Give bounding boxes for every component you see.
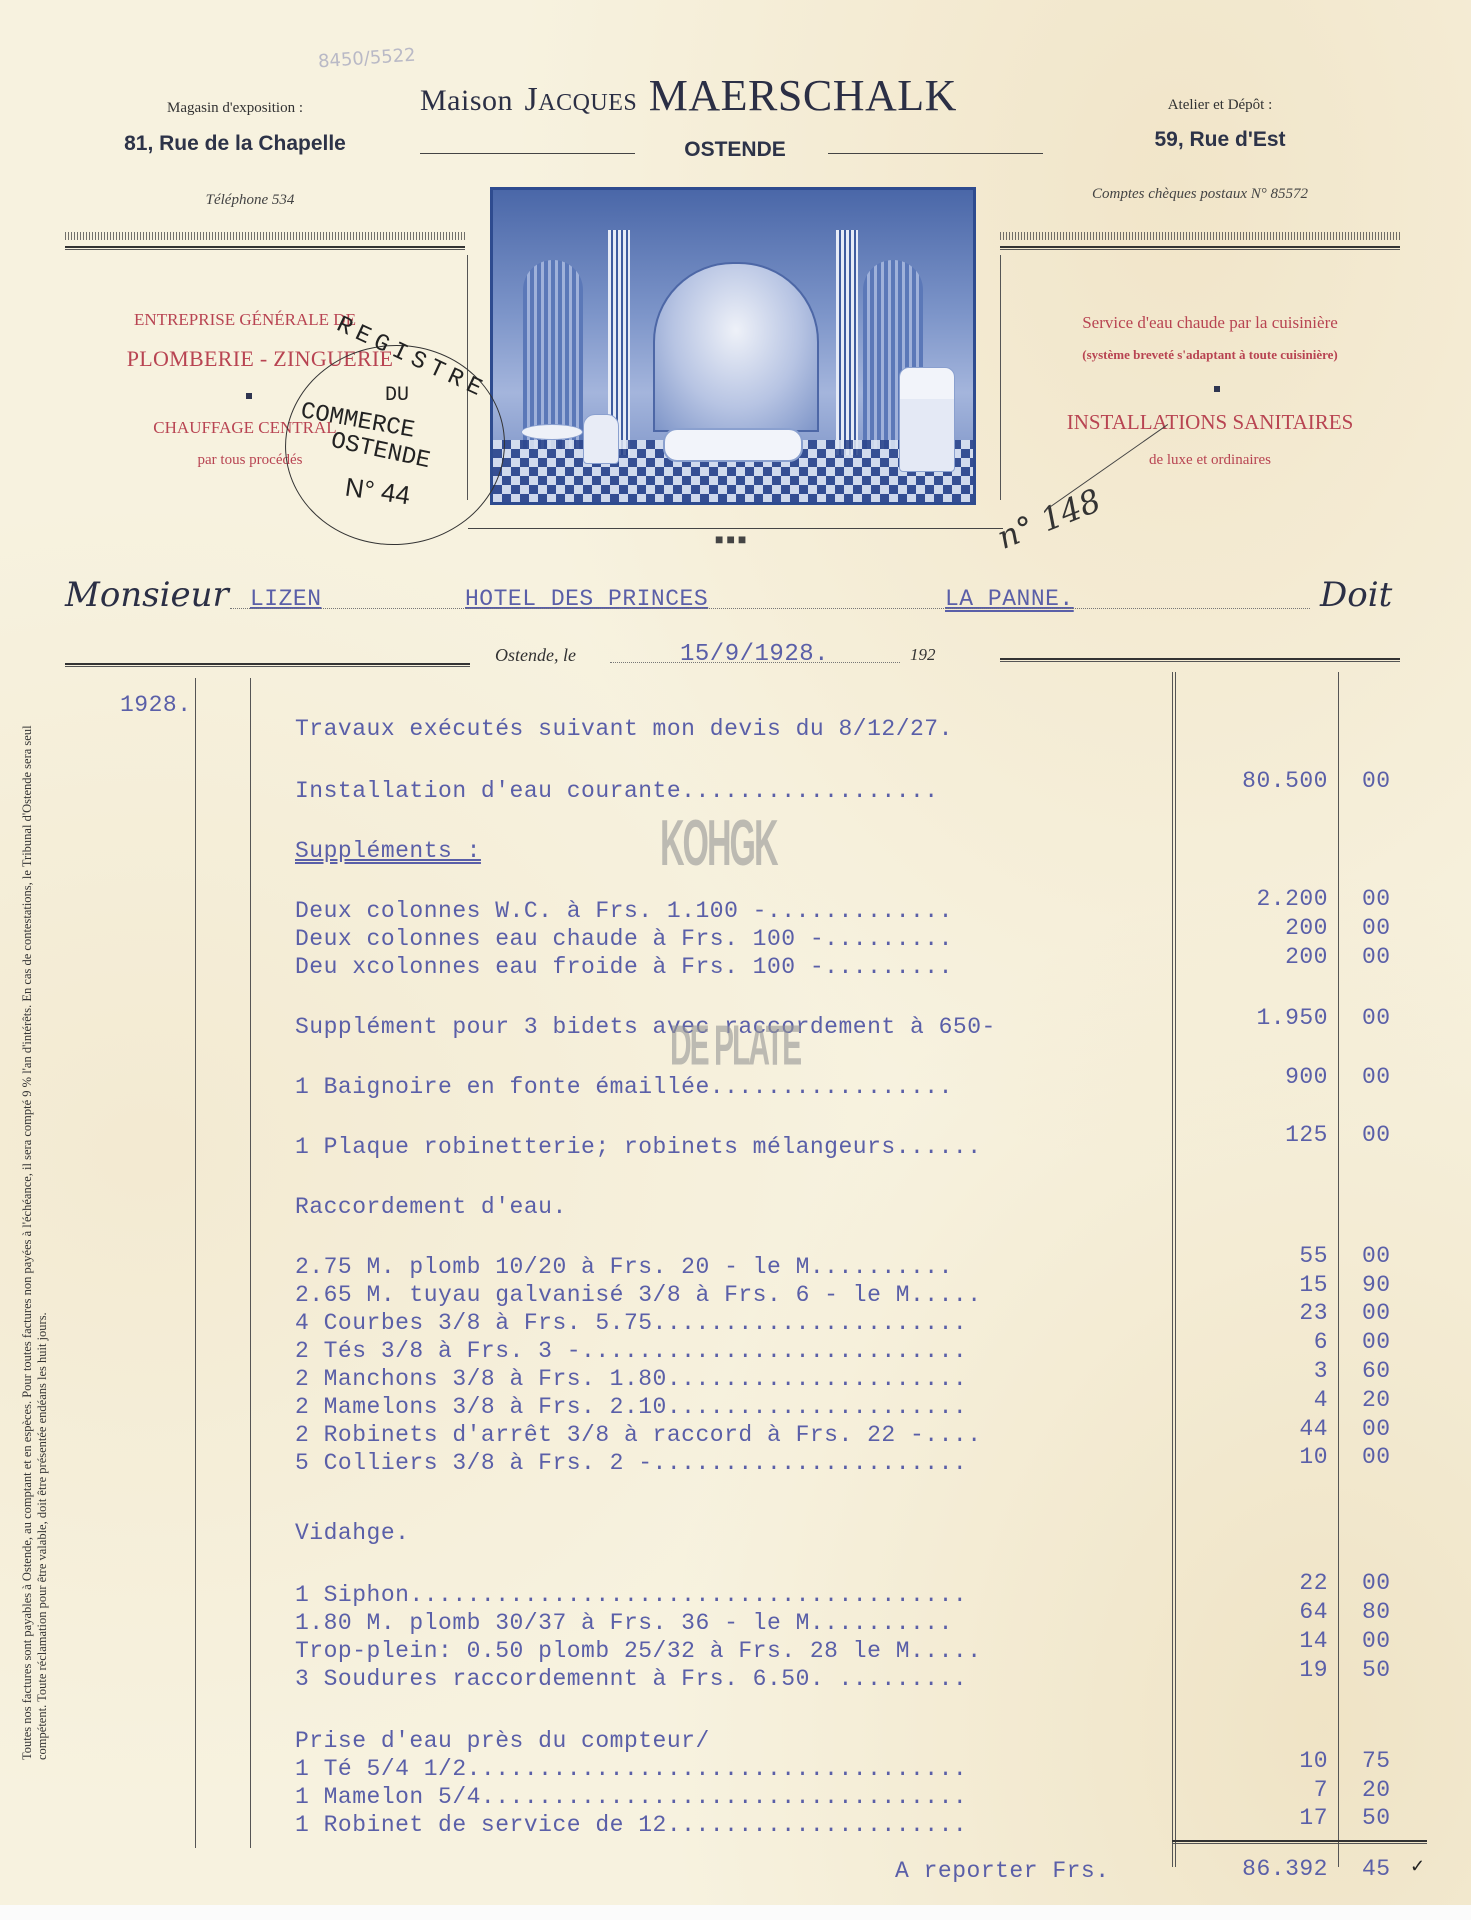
doit-label: Doit bbox=[1320, 575, 1392, 615]
watermark: KOHGK bbox=[660, 808, 777, 882]
bullet-icon bbox=[246, 393, 252, 399]
showroom-address: 81, Rue de la Chapelle bbox=[80, 132, 390, 156]
decorative-border bbox=[1000, 232, 1400, 240]
entry-year: 1928. bbox=[120, 692, 192, 718]
line-item: 1 Robinet de service de 12..............… bbox=[295, 1812, 967, 1838]
line-item: Deux colonnes W.C. à Frs. 1.100 -.......… bbox=[295, 898, 953, 924]
line-item: 1 Plaque robinetterie; robinets mélangeu… bbox=[295, 1134, 982, 1160]
line-item: 1 Té 5/4 1/2............................… bbox=[295, 1756, 967, 1782]
line-item: 1.80 M. plomb 30/37 à Frs. 36 - le M....… bbox=[295, 1610, 953, 1636]
ornament-dots: ■■■ bbox=[715, 533, 749, 549]
line-item: 3 Soudures raccordemennt à Frs. 6.50. ..… bbox=[295, 1666, 967, 1692]
line-item: 2 Tés 3/8 à Frs. 3 -....................… bbox=[295, 1338, 967, 1364]
salutation: Monsieur bbox=[65, 575, 229, 615]
workshop-address: 59, Rue d'Est bbox=[1100, 128, 1340, 152]
line-item: 2.75 M. plomb 10/20 à Frs. 20 - le M....… bbox=[295, 1254, 953, 1280]
carry-forward-label: A reporter Frs. bbox=[895, 1858, 1110, 1884]
subtotal-rule bbox=[1172, 1840, 1427, 1844]
cents-column-rule bbox=[1338, 672, 1339, 1867]
line-item: Trop-plein: 0.50 plomb 25/32 à Frs. 28 l… bbox=[295, 1638, 982, 1664]
checkmark-icon: ✓ bbox=[1410, 1856, 1425, 1877]
scan-edge bbox=[0, 1905, 1471, 1920]
line-item: Deu xcolonnes eau froide à Frs. 100 -...… bbox=[295, 954, 953, 980]
decorative-border bbox=[65, 232, 465, 240]
section-heading: Prise d'eau près du compteur/ bbox=[295, 1728, 710, 1754]
pencil-reference: 8450/5522 bbox=[317, 45, 416, 73]
line-item: 2 Manchons 3/8 à Frs. 1.80..............… bbox=[295, 1366, 967, 1392]
carry-forward-amount: 86.392 bbox=[1178, 1856, 1328, 1882]
year-prefix: 192 bbox=[910, 645, 936, 665]
section-heading: Suppléments : bbox=[295, 838, 481, 864]
service-sanitary: INSTALLATIONS SANITAIRES bbox=[1040, 410, 1380, 435]
service-hotwater: Service d'eau chaude par la cuisinière bbox=[1030, 313, 1390, 333]
line-amount: 80.500 bbox=[1178, 768, 1328, 794]
bathroom-illustration bbox=[490, 187, 976, 505]
watermark: DE PLATE bbox=[670, 1015, 800, 1080]
amount-column-rule bbox=[1172, 672, 1176, 1867]
line-item: 4 Courbes 3/8 à Frs. 5.75...............… bbox=[295, 1310, 967, 1336]
description-column-rule bbox=[250, 678, 251, 1848]
line-item: Supplément pour 3 bidets avec raccordeme… bbox=[295, 1014, 996, 1040]
postal-account: Comptes chèques postaux N° 85572 bbox=[1030, 186, 1370, 203]
service-sanitary-sub: de luxe et ordinaires bbox=[1100, 452, 1320, 469]
line-item: 1 Siphon................................… bbox=[295, 1582, 967, 1608]
line-item: 1 Baignoire en fonte émaillée...........… bbox=[295, 1074, 953, 1100]
line-item: 2 Mamelons 3/8 à Frs. 2.10..............… bbox=[295, 1394, 967, 1420]
workshop-label: Atelier et Dépôt : bbox=[1120, 97, 1320, 114]
showroom-label: Magasin d'exposition : bbox=[95, 100, 375, 117]
line-item: 2 Robinets d'arrêt 3/8 à raccord à Frs. … bbox=[295, 1422, 982, 1448]
section-heading: Vidahge. bbox=[295, 1520, 409, 1546]
bullet-icon bbox=[1214, 386, 1220, 392]
line-item: 5 Colliers 3/8 à Frs. 2 -...............… bbox=[295, 1450, 967, 1476]
section-heading: Raccordement d'eau. bbox=[295, 1194, 567, 1220]
payment-terms: Toutes nos factures sont payables à Oste… bbox=[20, 710, 50, 1760]
line-item: Deux colonnes eau chaude à Frs. 100 -...… bbox=[295, 926, 953, 952]
company-name: Maison Jacques MAERSCHALK bbox=[420, 70, 957, 121]
service-hotwater-sub: (système breveté s'adaptant à toute cuis… bbox=[1030, 347, 1390, 363]
carry-forward-cents: 45 bbox=[1362, 1856, 1408, 1882]
line-item: 1 Mamelon 5/4...........................… bbox=[295, 1784, 967, 1810]
date-place: Ostende, le bbox=[495, 645, 576, 666]
date-column-rule bbox=[195, 678, 196, 1848]
telephone: Téléphone 534 bbox=[150, 192, 350, 209]
invoice-date: 15/9/1928. bbox=[680, 641, 829, 668]
intro-line: Travaux exécutés suivant mon devis du 8/… bbox=[295, 716, 953, 742]
handwritten-invoice-number: n° 148 bbox=[992, 481, 1106, 557]
line-cents: 00 bbox=[1362, 768, 1408, 794]
company-city: OSTENDE bbox=[645, 138, 825, 162]
line-item: Installation d'eau courante.............… bbox=[295, 778, 939, 804]
line-item: 2.65 M. tuyau galvanisé 3/8 à Frs. 6 - l… bbox=[295, 1282, 982, 1308]
